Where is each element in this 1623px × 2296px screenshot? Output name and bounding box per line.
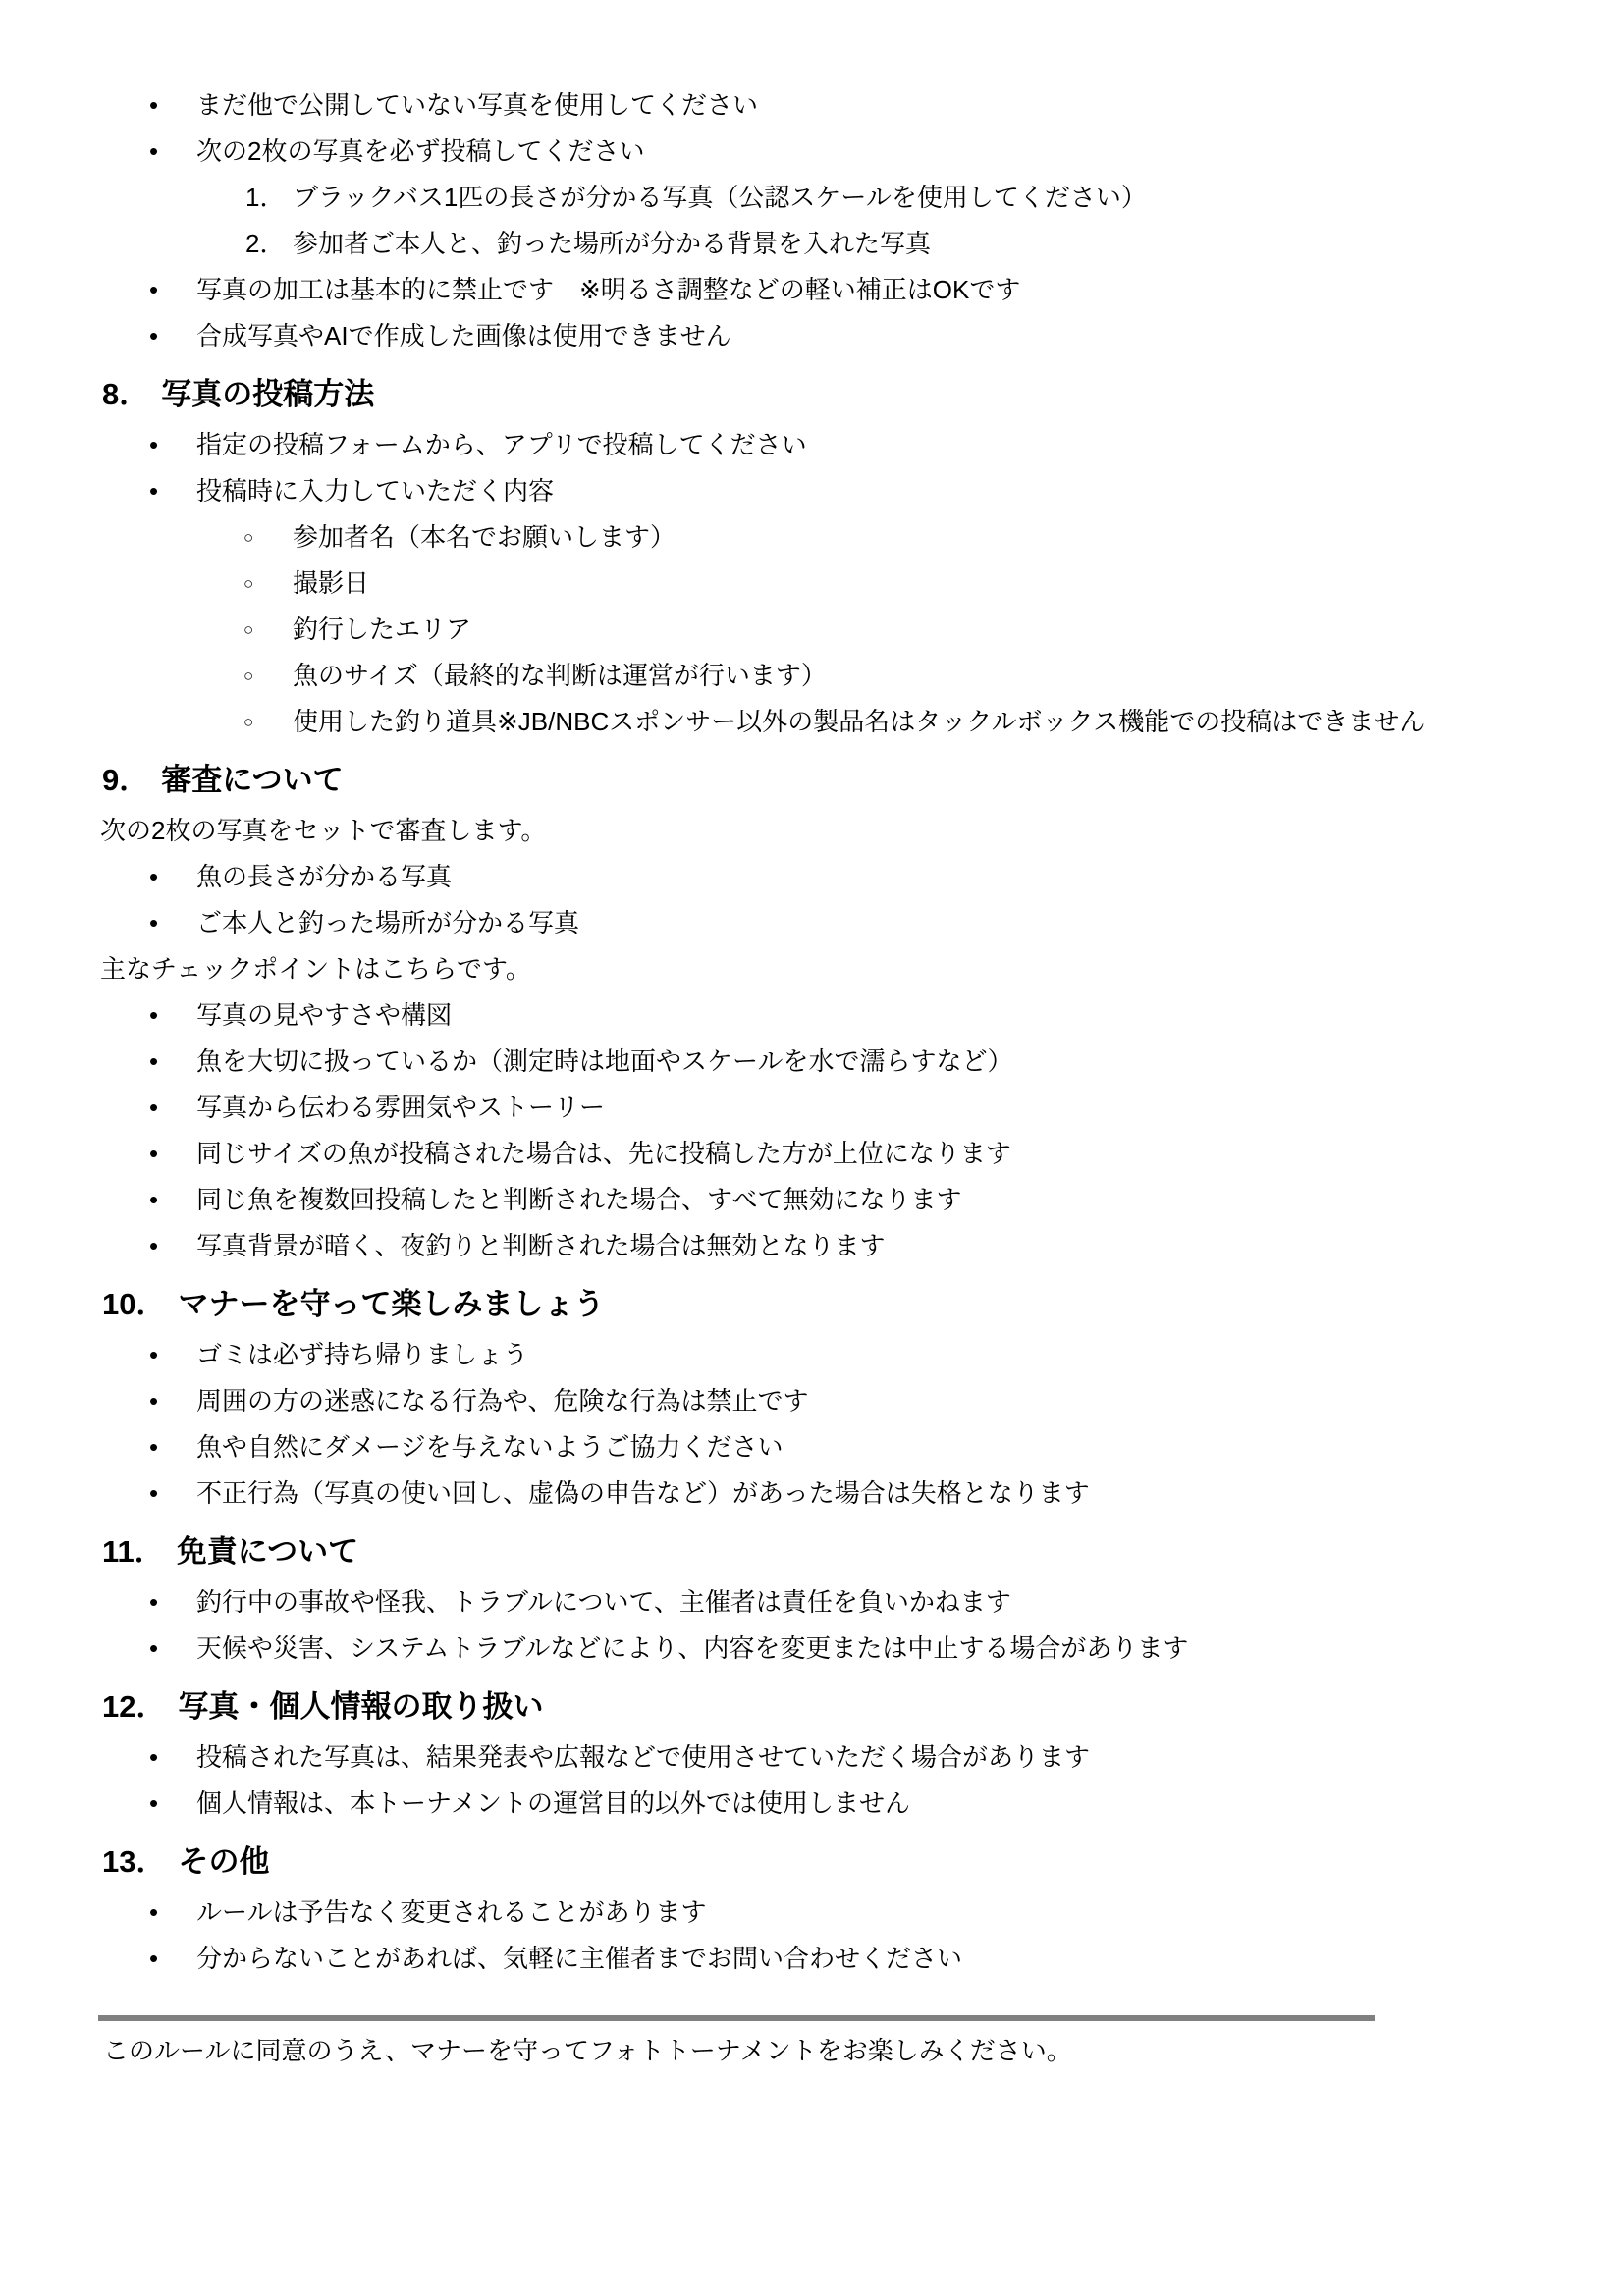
section-number: 11． — [102, 1526, 165, 1577]
paragraph: 次の2枚の写真をセットで審査します。 — [98, 808, 1564, 854]
list-item: • 写真から伝わる雰囲気やストーリー — [98, 1085, 1564, 1131]
list-item: • ルールは予告なく変更されることがあります — [98, 1890, 1564, 1936]
list-item: • 分からないことがあれば、気軽に主催者までお問い合わせください — [98, 1936, 1564, 1982]
footer-note: このルールに同意のうえ、マナーを守ってフォトトーナメントをお楽しみください。 — [98, 2029, 1564, 2072]
bullet-icon: • — [149, 992, 158, 1039]
bullet-icon: • — [149, 1735, 158, 1781]
list-item-text: 不正行為（写真の使い回し、虚偽の申告など）があった場合は失格となります — [196, 1478, 1090, 1508]
list-item-text: 天候や災害、システムトラブルなどにより、内容を変更または中止する場合があります — [196, 1633, 1188, 1663]
list-item-text: 分からないことがあれば、気軽に主催者までお問い合わせください — [196, 1944, 962, 1973]
paragraph: 主なチェックポイントはこちらです。 — [98, 946, 1564, 992]
list-item-text: 次の2枚の写真を必ず投稿してください — [196, 136, 644, 166]
section-8-circle-list: ○ 参加者名（本名でお願いします） ○ 撮影日 ○ 釣行したエリア ○ 魚のサイ… — [98, 514, 1564, 745]
circle-bullet-icon: ○ — [243, 514, 253, 561]
section-number: 13． — [102, 1837, 166, 1888]
list-item-text: 魚や自然にダメージを与えないようご協力ください — [196, 1432, 783, 1462]
section-title: 写真の投稿方法 — [161, 369, 374, 420]
section-title: 審査について — [161, 755, 343, 806]
list-item: • 合成写真やAIで作成した画像は使用できません — [98, 313, 1564, 359]
list-item: • 投稿された写真は、結果発表や広報などで使用させていただく場合があります — [98, 1735, 1564, 1781]
bullet-icon: • — [149, 313, 158, 359]
list-item: • 次の2枚の写真を必ず投稿してください — [98, 129, 1564, 175]
intro-numbered-list: 1． ブラックバス1匹の長さが分かる写真（公認スケールを使用してください） 2．… — [98, 175, 1564, 267]
bullet-icon: • — [149, 1424, 158, 1470]
list-item-text: 投稿された写真は、結果発表や広報などで使用させていただく場合があります — [196, 1742, 1090, 1772]
divider — [98, 2015, 1375, 2021]
list-item: • まだ他で公開していない写真を使用してください — [98, 82, 1564, 129]
list-item: • 指定の投稿フォームから、アプリで投稿してください — [98, 422, 1564, 468]
section-title: その他 — [178, 1837, 269, 1888]
bullet-icon: • — [149, 1223, 158, 1269]
list-item-text: 同じ魚を複数回投稿したと判断された場合、すべて無効になります — [196, 1185, 961, 1214]
bullet-icon: • — [149, 1378, 158, 1424]
section-number: 12． — [102, 1682, 166, 1733]
bullet-icon: • — [149, 1936, 158, 1982]
section-heading-11: 11． 免責について — [98, 1526, 1564, 1577]
list-item-text: まだ他で公開していない写真を使用してください — [196, 90, 758, 120]
section-9-bullet-list-a: • 魚の長さが分かる写真 • ご本人と釣った場所が分かる写真 — [98, 854, 1564, 946]
bullet-icon: • — [149, 1177, 158, 1223]
list-item: • 不正行為（写真の使い回し、虚偽の申告など）があった場合は失格となります — [98, 1470, 1564, 1517]
list-item: • 魚の長さが分かる写真 — [98, 854, 1564, 900]
list-item: • 魚や自然にダメージを与えないようご協力ください — [98, 1424, 1564, 1470]
list-item: • ご本人と釣った場所が分かる写真 — [98, 900, 1564, 946]
intro-bullet-list-a: • まだ他で公開していない写真を使用してください • 次の2枚の写真を必ず投稿し… — [98, 82, 1564, 175]
list-item: • 写真の加工は基本的に禁止です ※明るさ調整などの軽い補正はOKです — [98, 267, 1564, 313]
bullet-icon: • — [149, 1131, 158, 1177]
bullet-icon: • — [149, 82, 158, 129]
list-item: • 釣行中の事故や怪我、トラブルについて、主催者は責任を負いかねます — [98, 1579, 1564, 1626]
section-heading-13: 13． その他 — [98, 1837, 1564, 1888]
section-heading-9: 9． 審査について — [98, 755, 1564, 806]
list-item-text: 写真の加工は基本的に禁止です ※明るさ調整などの軽い補正はOKです — [196, 275, 1020, 304]
bullet-icon: • — [149, 900, 158, 946]
list-item: • 写真の見やすさや構図 — [98, 992, 1564, 1039]
list-item-text: 釣行したエリア — [293, 614, 471, 644]
bullet-icon: • — [149, 1470, 158, 1517]
list-item-text: 撮影日 — [293, 568, 369, 598]
section-13-bullet-list: • ルールは予告なく変更されることがあります • 分からないことがあれば、気軽に… — [98, 1890, 1564, 1982]
list-item: ○ 釣行したエリア — [98, 607, 1564, 653]
list-item: • 投稿時に入力していただく内容 — [98, 468, 1564, 514]
bullet-icon: • — [149, 267, 158, 313]
list-item: • 魚を大切に扱っているか（測定時は地面やスケールを水で濡らすなど） — [98, 1039, 1564, 1085]
list-item: • 同じサイズの魚が投稿された場合は、先に投稿した方が上位になります — [98, 1131, 1564, 1177]
list-item-text: ブラックバス1匹の長さが分かる写真（公認スケールを使用してください） — [293, 183, 1147, 212]
numbered-item: 1． ブラックバス1匹の長さが分かる写真（公認スケールを使用してください） — [98, 175, 1564, 221]
list-item-text: 周囲の方の迷惑になる行為や、危険な行為は禁止です — [196, 1386, 808, 1415]
list-item-text: 投稿時に入力していただく内容 — [196, 476, 554, 506]
section-heading-8: 8． 写真の投稿方法 — [98, 369, 1564, 420]
list-item-text: ご本人と釣った場所が分かる写真 — [196, 908, 579, 937]
bullet-icon: • — [149, 1781, 158, 1827]
section-number: 9． — [102, 755, 149, 806]
list-item-text: ルールは予告なく変更されることがあります — [196, 1897, 706, 1927]
section-12-bullet-list: • 投稿された写真は、結果発表や広報などで使用させていただく場合があります • … — [98, 1735, 1564, 1827]
list-item: • 周囲の方の迷惑になる行為や、危険な行為は禁止です — [98, 1378, 1564, 1424]
section-heading-10: 10． マナーを守って楽しみましょう — [98, 1279, 1564, 1330]
bullet-icon: • — [149, 1085, 158, 1131]
list-item-text: 参加者名（本名でお願いします） — [293, 522, 676, 552]
circle-bullet-icon: ○ — [243, 607, 253, 653]
number-label: 2． — [245, 221, 285, 267]
list-item-text: 魚を大切に扱っているか（測定時は地面やスケールを水で濡らすなど） — [196, 1046, 1012, 1076]
list-item: ○ 撮影日 — [98, 561, 1564, 607]
list-item-text: 使用した釣り道具※JB/NBCスポンサー以外の製品名はタックルボックス機能での投… — [293, 707, 1425, 736]
bullet-icon: • — [149, 422, 158, 468]
circle-bullet-icon: ○ — [243, 561, 253, 607]
list-item: ○ 魚のサイズ（最終的な判断は運営が行います） — [98, 653, 1564, 699]
bullet-icon: • — [149, 1332, 158, 1378]
bullet-icon: • — [149, 1890, 158, 1936]
section-title: 免責について — [177, 1526, 358, 1577]
circle-bullet-icon: ○ — [243, 653, 253, 699]
list-item: • 天候や災害、システムトラブルなどにより、内容を変更または中止する場合がありま… — [98, 1626, 1564, 1672]
section-heading-12: 12． 写真・個人情報の取り扱い — [98, 1682, 1564, 1733]
list-item-text: 写真の見やすさや構図 — [196, 1000, 452, 1030]
bullet-icon: • — [149, 1579, 158, 1626]
numbered-item: 2． 参加者ご本人と、釣った場所が分かる背景を入れた写真 — [98, 221, 1564, 267]
list-item: • ゴミは必ず持ち帰りましょう — [98, 1332, 1564, 1378]
document-page: • まだ他で公開していない写真を使用してください • 次の2枚の写真を必ず投稿し… — [0, 0, 1623, 2072]
list-item-text: 同じサイズの魚が投稿された場合は、先に投稿した方が上位になります — [196, 1139, 1011, 1168]
list-item-text: 写真背景が暗く、夜釣りと判断された場合は無効となります — [196, 1231, 885, 1260]
section-11-bullet-list: • 釣行中の事故や怪我、トラブルについて、主催者は責任を負いかねます • 天候や… — [98, 1579, 1564, 1672]
list-item-text: 指定の投稿フォームから、アプリで投稿してください — [196, 430, 807, 459]
bullet-icon: • — [149, 1626, 158, 1672]
list-item-text: 魚のサイズ（最終的な判断は運営が行います） — [293, 661, 827, 690]
number-label: 1． — [245, 175, 285, 221]
list-item-text: ゴミは必ず持ち帰りましょう — [196, 1340, 528, 1369]
bullet-icon: • — [149, 854, 158, 900]
list-item: • 写真背景が暗く、夜釣りと判断された場合は無効となります — [98, 1223, 1564, 1269]
list-item-text: 個人情報は、本トーナメントの運営目的以外では使用しません — [196, 1789, 910, 1818]
section-title: マナーを守って楽しみましょう — [178, 1279, 604, 1330]
section-8-bullet-list: • 指定の投稿フォームから、アプリで投稿してください • 投稿時に入力していただ… — [98, 422, 1564, 514]
list-item-text: 釣行中の事故や怪我、トラブルについて、主催者は責任を負いかねます — [196, 1587, 1011, 1617]
bullet-icon: • — [149, 1039, 158, 1085]
list-item: • 個人情報は、本トーナメントの運営目的以外では使用しません — [98, 1781, 1564, 1827]
list-item-text: 合成写真やAIで作成した画像は使用できません — [196, 321, 731, 350]
bullet-icon: • — [149, 468, 158, 514]
list-item: ○ 使用した釣り道具※JB/NBCスポンサー以外の製品名はタックルボックス機能で… — [98, 699, 1564, 745]
section-title: 写真・個人情報の取り扱い — [178, 1682, 543, 1733]
list-item-text: 写真から伝わる雰囲気やストーリー — [196, 1093, 605, 1122]
list-item: • 同じ魚を複数回投稿したと判断された場合、すべて無効になります — [98, 1177, 1564, 1223]
list-item: ○ 参加者名（本名でお願いします） — [98, 514, 1564, 561]
list-item-text: 参加者ご本人と、釣った場所が分かる背景を入れた写真 — [293, 229, 931, 258]
list-item-text: 魚の長さが分かる写真 — [196, 862, 452, 891]
section-number: 8． — [102, 369, 149, 420]
section-10-bullet-list: • ゴミは必ず持ち帰りましょう • 周囲の方の迷惑になる行為や、危険な行為は禁止… — [98, 1332, 1564, 1517]
intro-bullet-list-b: • 写真の加工は基本的に禁止です ※明るさ調整などの軽い補正はOKです • 合成… — [98, 267, 1564, 359]
circle-bullet-icon: ○ — [243, 699, 253, 745]
section-9-bullet-list-b: • 写真の見やすさや構図 • 魚を大切に扱っているか（測定時は地面やスケールを水… — [98, 992, 1564, 1269]
section-number: 10． — [102, 1279, 166, 1330]
bullet-icon: • — [149, 129, 158, 175]
